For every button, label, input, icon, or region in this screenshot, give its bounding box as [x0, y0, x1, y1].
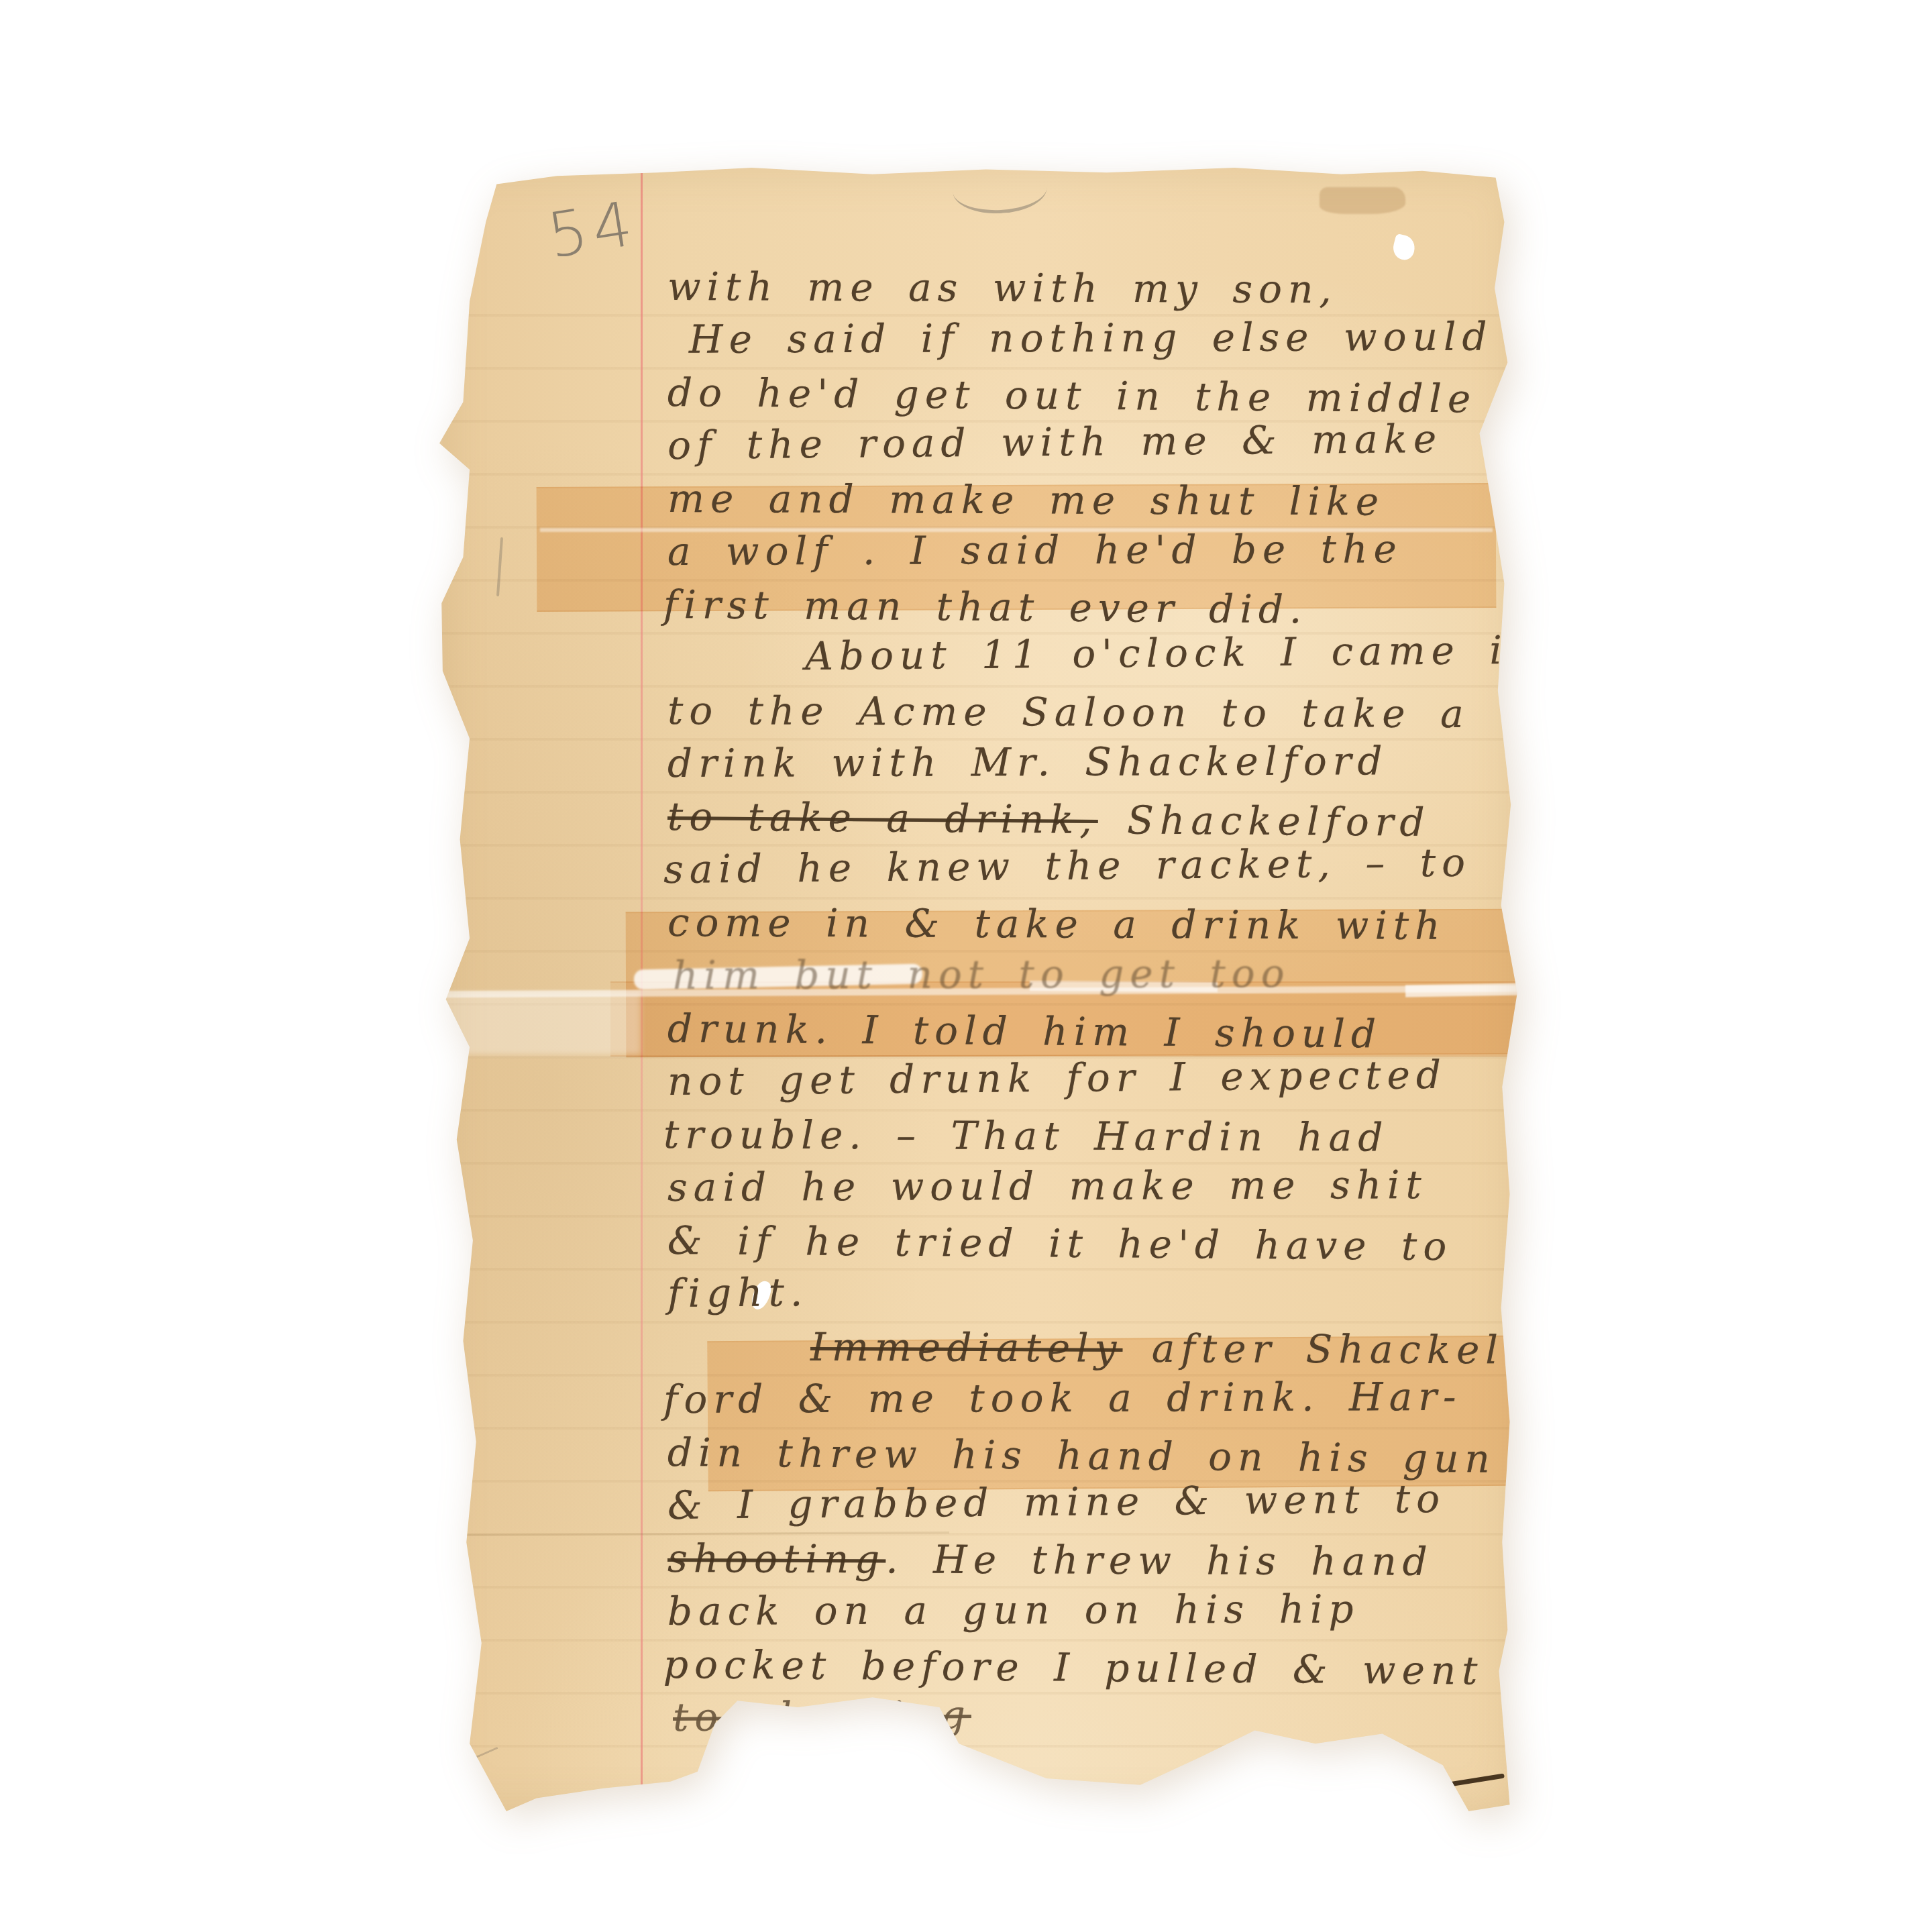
photo-background: 54 with me as with my son,He said if not… [0, 0, 1932, 1932]
manuscript-line: shooting. He threw his hand [667, 1532, 1540, 1589]
pencil-page-number: 54 [543, 187, 642, 272]
manuscript-line: About 11 o'clock I came in– [667, 624, 1540, 684]
manuscript-page: 54 with me as with my son,He said if not… [439, 164, 1519, 1815]
manuscript-line: back on a gun on his hip [667, 1582, 1540, 1638]
manuscript-line: him but not to get too [673, 946, 1540, 1002]
handwritten-text: back on a gun on his hip [667, 1586, 1360, 1634]
handwritten-text: drunk. I told him I should [667, 1006, 1383, 1057]
handwritten-text: drink with Mr. Shackelford [667, 738, 1389, 786]
manuscript-line: said he would make me shit [667, 1158, 1540, 1214]
manuscript-line: to shooting [673, 1684, 1540, 1744]
handwritten-text: & I grabbed mine & went to [667, 1476, 1446, 1528]
manuscript-line: with me as with my son, [667, 260, 1540, 317]
handwritten-text: said he would make me shit [667, 1162, 1428, 1210]
manuscript-line: trouble. – That Hardin had [663, 1108, 1540, 1165]
struck-text: shooting [667, 1536, 886, 1582]
manuscript-line: of the road with me & make [667, 412, 1540, 472]
handwritten-text: of the road with me & make [667, 416, 1443, 468]
handwritten-text: ford & me took a drink. Har- [663, 1374, 1462, 1422]
manuscript-line: me and make me shut like [667, 472, 1540, 529]
handwritten-text: . He threw his hand [885, 1536, 1434, 1585]
pencil-arc-mark [953, 178, 1048, 215]
handwritten-text: after Shackel- [1122, 1326, 1523, 1373]
manuscript-line: Immediately after Shackel- [673, 1320, 1540, 1377]
paper-sheet: 54 with me as with my son,He said if not… [439, 164, 1519, 1815]
manuscript-line: come in & take a drink with [667, 896, 1540, 953]
handwritten-text: me and make me shut like [667, 476, 1385, 525]
ink-speck [1506, 268, 1515, 280]
handwritten-text: him but not to get too [673, 951, 1291, 998]
struck-text: to shooting [673, 1692, 972, 1740]
manuscript-line: a wolf . I said he'd be the [667, 522, 1540, 578]
handwritten-text: He said if nothing else would [689, 314, 1493, 362]
manuscript-line: fight. [667, 1260, 1540, 1320]
manuscript-line: & I grabbed mine & went to [667, 1472, 1540, 1532]
struck-text: Immediately [810, 1324, 1123, 1371]
pencil-scribble [438, 1716, 498, 1769]
handwritten-text: come in & take a drink with [667, 900, 1446, 949]
manuscript-line: drink with Mr. Shackelford [667, 734, 1540, 790]
manuscript-line: not get drunk for I expected [667, 1048, 1540, 1108]
paper-hole [1391, 233, 1417, 262]
manuscript-line: He said if nothing else would [663, 310, 1540, 366]
handwritten-text: fight. [667, 1269, 809, 1316]
handwritten-text: with me as with my son, [667, 264, 1338, 312]
struck-text: to take a drink, [667, 794, 1098, 843]
pencil-tick-mark [496, 537, 503, 596]
handwritten-text: not get drunk for I expected [667, 1052, 1448, 1104]
paper-chip [1320, 187, 1405, 214]
ink-dash [1440, 1774, 1505, 1788]
handwritten-text: trouble. – That Hardin had [663, 1112, 1389, 1161]
handwritten-text: to the Acme Saloon to take a [667, 688, 1470, 737]
handwritten-text: About 11 o'clock I came in– [805, 627, 1565, 679]
handwritten-text: a wolf . I said he'd be the [667, 526, 1403, 574]
manuscript-text: with me as with my son,He said if nothin… [667, 260, 1540, 1744]
manuscript-line: ford & me took a drink. Har- [663, 1370, 1540, 1426]
handwritten-text: said he knew the racket, – to [663, 839, 1472, 892]
manuscript-line: to the Acme Saloon to take a [667, 684, 1540, 741]
manuscript-line: said he knew the racket, – to [663, 836, 1540, 896]
handwritten-text: first man that ever did. [663, 582, 1308, 633]
